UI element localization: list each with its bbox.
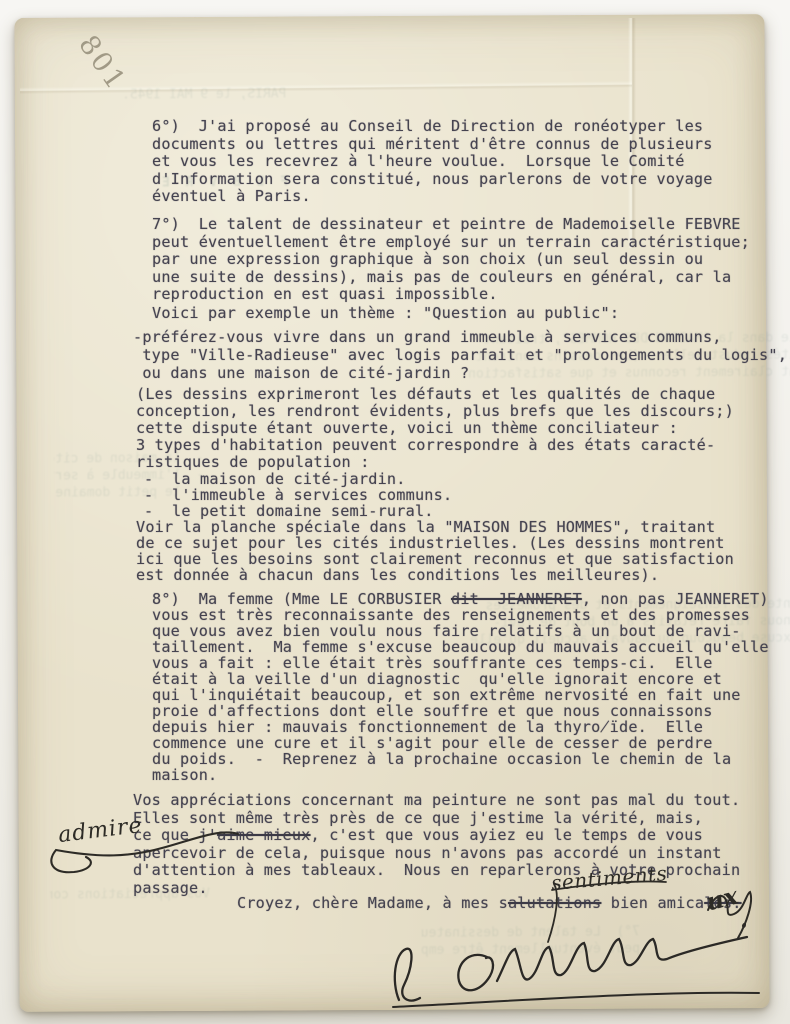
letter-line: cette dispute étant ouverte, voici un th… [136,420,777,437]
paragraph-prefer: -préférez-vous vivre dans un grand immeu… [133,328,777,382]
letter-line: Voici par exemple un thème : "Question a… [152,304,777,322]
letter-line: ce que j'aime mieux, c'est que vous ayie… [133,827,777,845]
letter-line: ici que les besoins sont clairement reco… [136,551,777,567]
letter-line: de ce sujet pour les cités industrielles… [136,535,777,551]
letter-line: ristiques de population : [136,454,777,471]
letter-line: une suite de dessins), mais pas de coule… [152,269,777,287]
bleedthrough-line: peut éventuellement être employé sur un … [420,940,640,959]
letter-line: vous a fait : elle était très souffrante… [152,655,777,671]
letter-line: Vos appréciations concernant ma peinture… [133,792,777,810]
letter-line: type "Ville-Radieuse" avec logis parfait… [133,346,777,364]
paragraph-voici: Voici par exemple un thème : "Question a… [152,304,777,322]
letter-line: par une expression graphique à son choix… [152,251,777,269]
letter-line: Voir la planche spéciale dans la "MAISON… [136,519,777,535]
letter-line: proie d'affections dont elle souffre et … [152,703,777,719]
bleedthrough-block: 7°) Le talent de dessinateur et peintre … [420,923,640,959]
letter-line: vous est très reconnaissante des renseig… [152,607,777,623]
paragraph-croyez: Croyez, chère Madame, à mes salutations … [237,894,777,912]
letter-line: 7°) Le talent de dessinateur et peintre … [152,216,777,234]
letter-line: 3 types d'habitation peuvent correspondr… [136,437,777,454]
letter-line: - l'immeuble à services communs. [144,487,777,503]
letter-line: depuis hier : mauvais fonctionnement de … [152,719,777,735]
paragraph-p8: 8°) Ma femme (Mme LE CORBUSIER dit JEANN… [152,591,777,783]
letter-line: était à la veille d'un diagnostic qu'ell… [152,671,777,687]
paragraph-dessins: (Les dessins exprimeront les défauts et … [136,386,777,471]
paragraph-p7: 7°) Le talent de dessinateur et peintre … [152,216,777,304]
letter-line: taillement. Ma femme s'excuse beaucoup d… [152,639,777,655]
paragraph-apprec: Vos appréciations concernant ma peinture… [133,792,777,898]
letter-line: ou dans une maison de cité-jardin ? [133,364,777,382]
struck-text: aime mieux [217,826,310,844]
letter-line: que vous avez bien voulu nous faire rela… [152,623,777,639]
letter-line: apercevoir de cela, puisque nous n'avons… [133,845,777,863]
paragraph-p6: 6°) J'ai proposé au Conseil de Direction… [152,118,777,206]
letter-line: conception, les rendront évidents, plus … [136,403,777,420]
letter-line: commence une cure et il s'agit pour elle… [152,735,777,751]
letter-line: du poids. - Reprenez à la prochaine occa… [152,751,777,767]
letter-line: -préférez-vous vivre dans un grand immeu… [133,328,777,346]
letter-line: - le petit domaine semi-rural. [144,503,777,519]
letter-line: Croyez, chère Madame, à mes salutations … [237,894,777,912]
letter-line: - la maison de cité-jardin. [144,471,777,487]
letter-line: éventuel à Paris. [152,188,777,206]
letter-line: 8°) Ma femme (Mme LE CORBUSIER dit JEANN… [152,591,777,607]
letter-line: 6°) J'ai proposé au Conseil de Direction… [152,118,777,136]
bleedthrough-date: PARIS, le 9 MAI 1945. [122,85,286,103]
letter-line: et vous les recevrez à l'heure voulue. L… [152,153,777,171]
struck-text: alutations [508,894,601,912]
letter-line: est donnée à chacun dans les conditions … [136,567,777,583]
bleedthrough-line: 7°) Le talent de dessinateur et peintre … [420,923,640,942]
letter-line: d'attention à mes tableaux. Nous en repa… [133,862,777,880]
letter-line: reproduction en est quasi impossible. [152,286,777,304]
letter-line: documents ou lettres qui méritent d'être… [152,136,777,154]
paragraph-voir: Voir la planche spéciale dans la "MAISON… [136,519,777,583]
letter-line: d'Information sera constitué, nous parle… [152,171,777,189]
letter-column: 6°) J'ai proposé au Conseil de Direction… [152,118,777,912]
letter-line: Elles sont même très près de ce que j'es… [133,810,777,828]
letter-line: maison. [152,767,777,783]
letter-line: peut éventuellement être employé sur un … [152,234,777,252]
letter-line: qui l'inquiétait beaucoup, et son extrêm… [152,687,777,703]
letter-line: (Les dessins exprimeront les défauts et … [136,386,777,403]
paragraph-list: - la maison de cité-jardin.- l'immeuble … [144,471,777,519]
scanned-letter-page: PARIS, le 9 MAI 1945. F E B V R E Voir l… [0,0,790,1024]
